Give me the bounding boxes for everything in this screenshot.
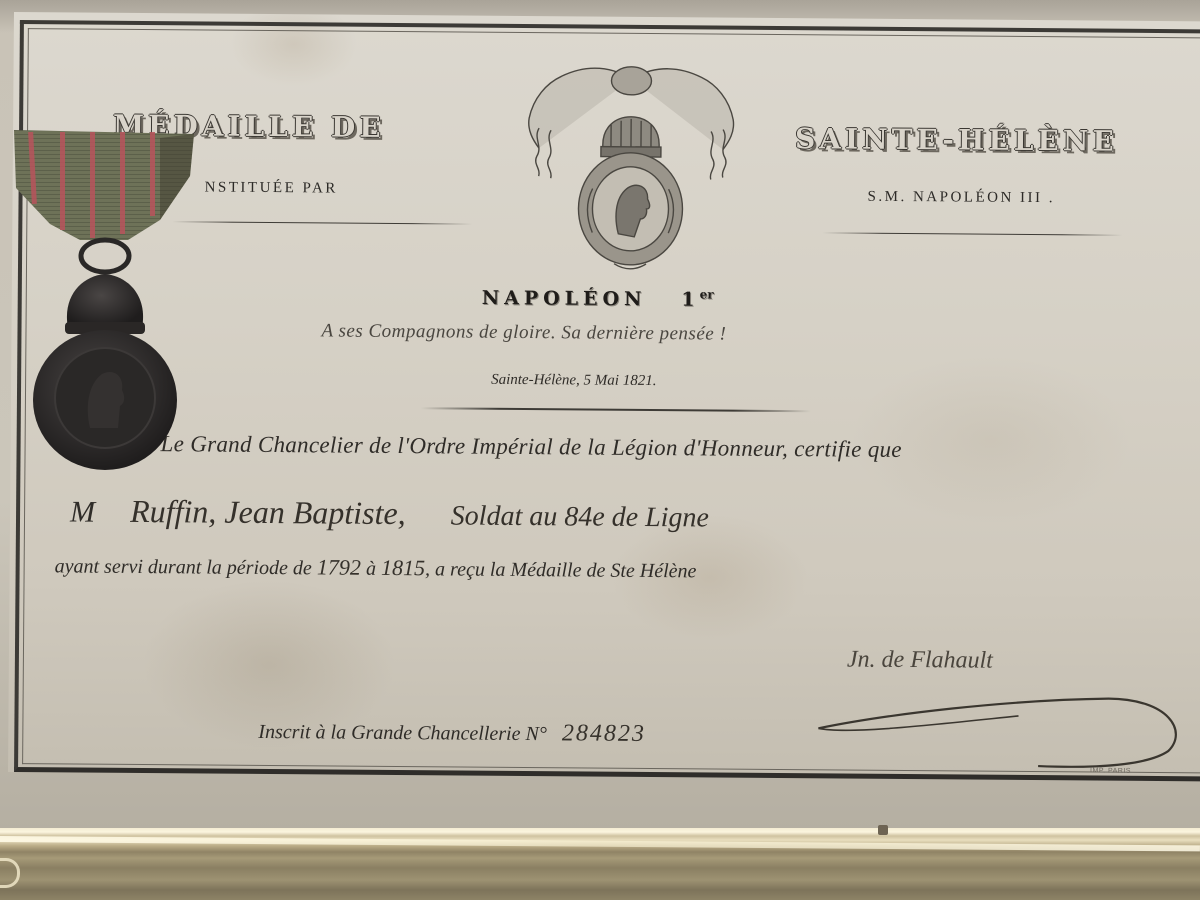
service-line: ayant servi durant la période de 1792 à … (55, 552, 697, 583)
service-text-c: , a reçu la Médaille de Ste Hélène (425, 558, 697, 582)
title-right: SAINTE-HÉLÈNE (795, 122, 1118, 158)
service-end: 1815 (381, 555, 425, 580)
motto: A ses Compagnons de gloire. Sa dernière … (321, 320, 726, 345)
printer-mark: IMP. PARIS (1090, 767, 1131, 774)
subtitle-right: S.M. NAPOLÉON III . (868, 189, 1056, 207)
signature-flourish-icon (808, 658, 1189, 771)
emperor-ordinal: 1 (681, 289, 699, 311)
service-text-b: à (366, 558, 376, 580)
recipient-prefix: M (70, 495, 95, 528)
frame-nail-icon (878, 825, 888, 835)
subtitle-left: NSTITUÉE PAR (205, 180, 338, 198)
registry-number: 284823 (562, 720, 646, 747)
service-start: 1792 (317, 554, 361, 579)
engraved-medal-icon (510, 58, 752, 285)
emperor-name: NAPOLÉON 1er (482, 286, 714, 311)
recipient-name: Ruffin, Jean Baptiste, (130, 493, 406, 531)
emperor-ordinal-sup: er (700, 287, 714, 301)
emperor-name-text: NAPOLÉON (482, 287, 647, 310)
service-text-a: ayant servi durant la période de (55, 555, 312, 579)
recipient-rank: Soldat au 84e de Ligne (451, 500, 709, 533)
registry-line: Inscrit à la Grande Chancellerie N° 2848… (258, 718, 646, 748)
motto-place-date: Sainte-Hélène, 5 Mai 1821. (491, 372, 657, 390)
sainte-helene-medal-icon (10, 128, 200, 473)
registry-label: Inscrit à la Grande Chancellerie N° (258, 721, 547, 745)
